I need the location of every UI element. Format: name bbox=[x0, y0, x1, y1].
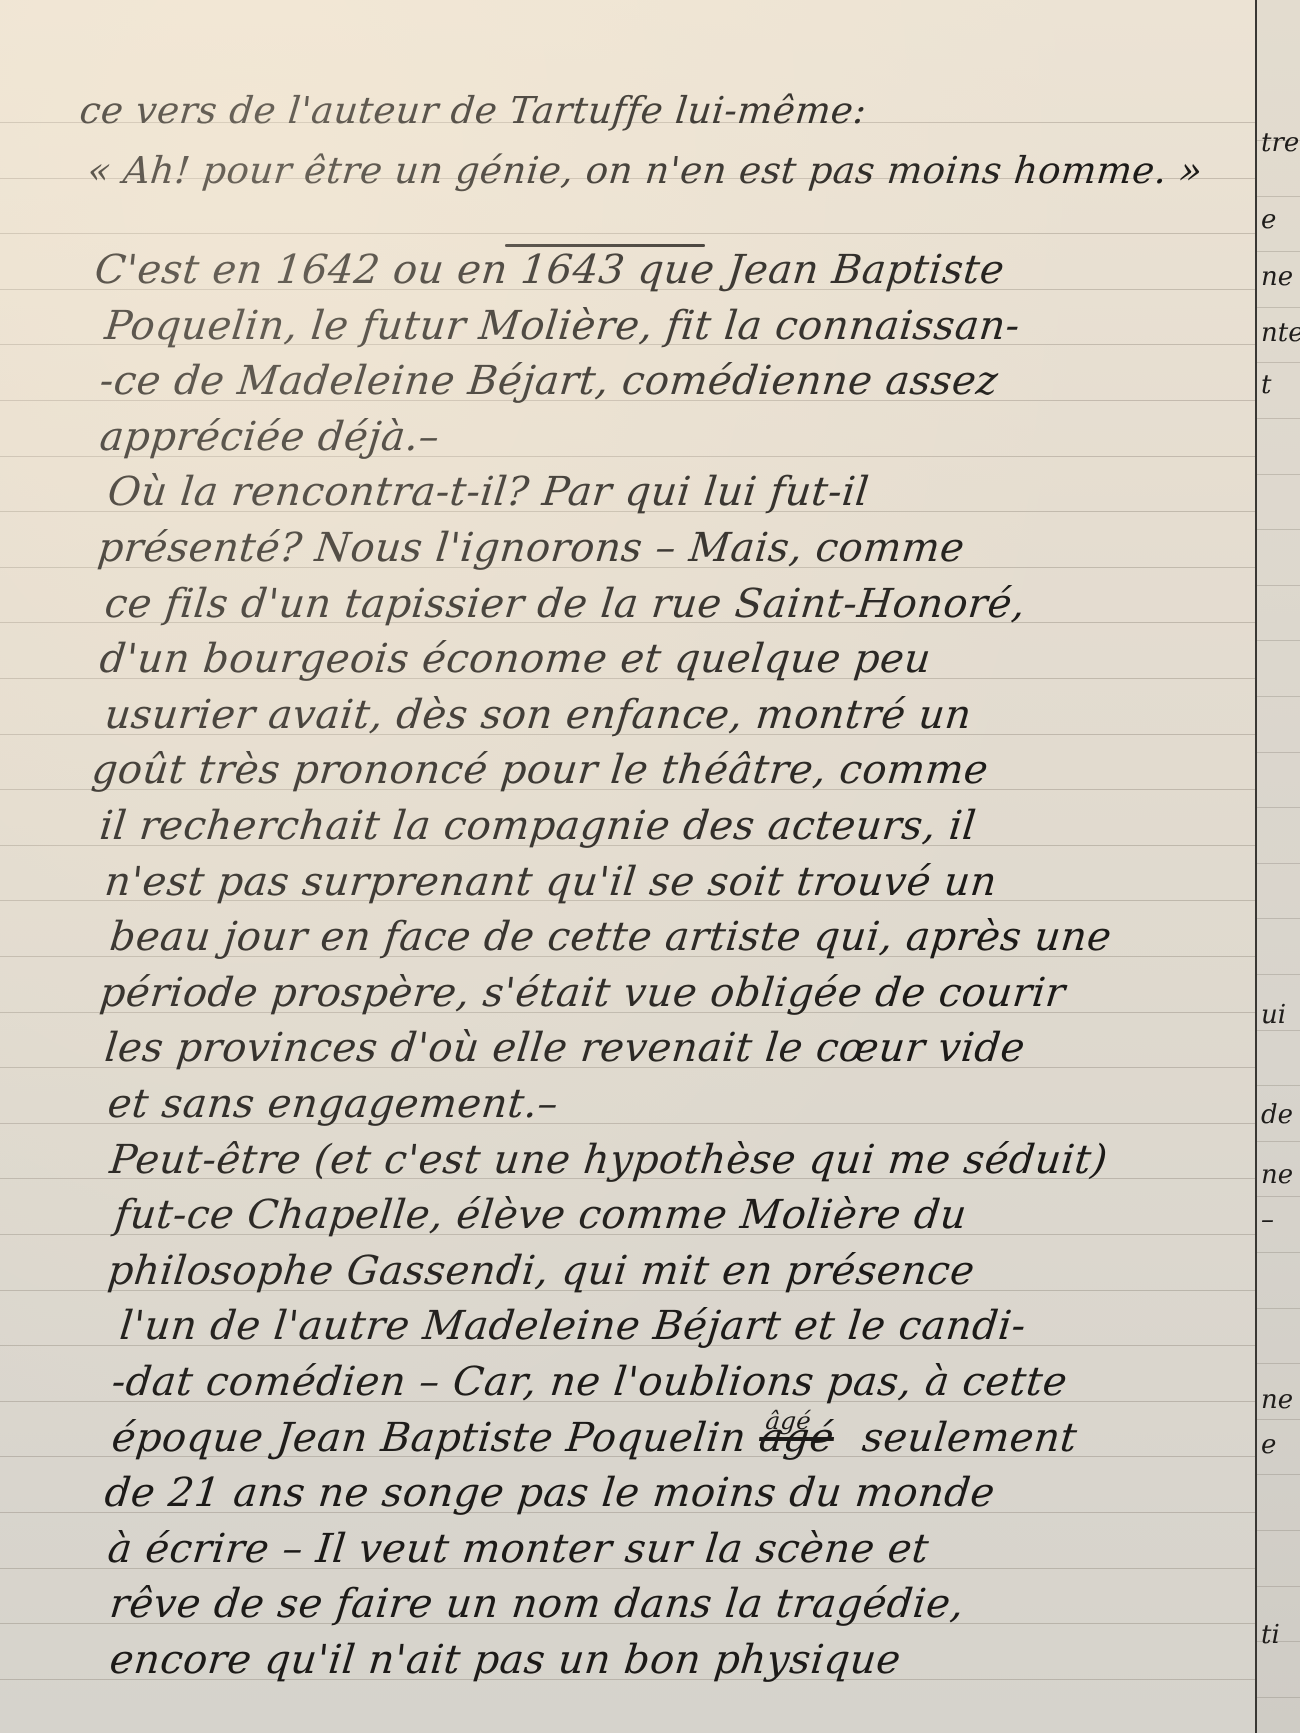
manuscript-line: -dat comédien – Car, ne l'oublions pas, … bbox=[110, 1362, 1069, 1402]
ruled-line bbox=[1257, 807, 1300, 808]
ruled-line bbox=[1257, 1363, 1300, 1364]
ruled-line bbox=[1257, 1030, 1300, 1031]
notebook-page: ce vers de l'auteur de Tartuffe lui-même… bbox=[0, 0, 1255, 1733]
ruled-line bbox=[1257, 1141, 1300, 1142]
manuscript-line: fut-ce Chapelle, élève comme Molière du bbox=[113, 1195, 969, 1235]
manuscript-line: à écrire – Il veut monter sur la scène e… bbox=[106, 1529, 931, 1569]
manuscript-line: de 21 ans ne songe pas le moins du monde bbox=[103, 1473, 997, 1513]
adjacent-fragment: ne bbox=[1261, 262, 1293, 292]
ruled-line bbox=[1257, 752, 1300, 753]
ruled-line bbox=[1257, 307, 1300, 308]
manuscript-line: usurier avait, dès son enfance, montré u… bbox=[103, 695, 974, 735]
ruled-line bbox=[1257, 362, 1300, 363]
ruled-line bbox=[1257, 474, 1300, 475]
ruled-line bbox=[1257, 640, 1300, 641]
ruled-line bbox=[1257, 974, 1300, 975]
manuscript-line: présenté? Nous l'ignorons – Mais, comme bbox=[96, 528, 967, 568]
adjacent-fragment: ne bbox=[1261, 1385, 1293, 1415]
adjacent-fragment: nte bbox=[1261, 318, 1300, 348]
ruled-line bbox=[1257, 1474, 1300, 1475]
quote-line: « Ah! pour être un génie, on n'en est pa… bbox=[86, 152, 1204, 189]
manuscript-line: l'un de l'autre Madeleine Béjart et le c… bbox=[118, 1306, 1028, 1346]
ruled-line bbox=[1257, 1196, 1300, 1197]
manuscript-line: -ce de Madeleine Béjart, comédienne asse… bbox=[98, 361, 1000, 401]
adjacent-fragment: t bbox=[1261, 370, 1271, 400]
adjacent-fragment: de bbox=[1261, 1100, 1293, 1130]
ruled-line bbox=[1257, 529, 1300, 530]
ruled-line bbox=[1257, 1308, 1300, 1309]
adjacent-fragment: ne bbox=[1261, 1160, 1293, 1190]
manuscript-line: Peut-être (et c'est une hypothèse qui me… bbox=[108, 1140, 1110, 1180]
adjacent-fragment: ti bbox=[1261, 1620, 1280, 1650]
manuscript-line: C'est en 1642 ou en 1643 que Jean Baptis… bbox=[93, 250, 1006, 290]
ruled-line bbox=[1257, 1697, 1300, 1698]
manuscript-line: ce fils d'un tapissier de la rue Saint-H… bbox=[103, 584, 1027, 624]
ruled-line bbox=[1257, 1419, 1300, 1420]
adjacent-fragment: – bbox=[1261, 1205, 1274, 1235]
manuscript-line: n'est pas surprenant qu'il se soit trouv… bbox=[103, 862, 999, 902]
adjacent-fragment: e bbox=[1261, 205, 1276, 235]
manuscript-line: Poquelin, le futur Molière, fit la conna… bbox=[103, 306, 1022, 346]
adjacent-fragment: ui bbox=[1261, 1000, 1286, 1030]
ruled-line bbox=[1257, 418, 1300, 419]
manuscript-line: et sans engagement.– bbox=[106, 1084, 560, 1124]
inserted-correction: âgé bbox=[764, 1407, 812, 1435]
ruled-line bbox=[1257, 1586, 1300, 1587]
ruled-line bbox=[1257, 1530, 1300, 1531]
ruled-line bbox=[0, 233, 1255, 234]
ruled-line bbox=[1257, 918, 1300, 919]
manuscript-line: philosophe Gassendi, qui mit en présence bbox=[106, 1251, 977, 1291]
adjacent-page-edge: treenentetuidene–neeti bbox=[1255, 0, 1300, 1733]
ruled-line bbox=[1257, 1252, 1300, 1253]
ruled-line bbox=[1257, 251, 1300, 252]
ruled-line bbox=[1257, 696, 1300, 697]
adjacent-fragment: tre bbox=[1261, 128, 1299, 158]
manuscript-line: appréciée déjà.– bbox=[98, 417, 442, 457]
manuscript-line: beau jour en face de cette artiste qui, … bbox=[108, 917, 1114, 957]
manuscript-line: d'un bourgeois économe et quelque peu bbox=[98, 639, 933, 679]
manuscript-line: encore qu'il n'ait pas un bon physique bbox=[108, 1640, 903, 1680]
manuscript-line: les provinces d'où elle revenait le cœur… bbox=[103, 1028, 1027, 1068]
manuscript-line: il recherchait la compagnie des acteurs,… bbox=[98, 806, 978, 846]
ruled-line bbox=[1257, 585, 1300, 586]
quote-intro: ce vers de l'auteur de Tartuffe lui-même… bbox=[78, 92, 868, 129]
manuscript-line: période prospère, s'était vue obligée de… bbox=[98, 973, 1067, 1013]
manuscript-line: rêve de se faire un nom dans la tragédie… bbox=[108, 1584, 966, 1624]
ruled-line bbox=[1257, 863, 1300, 864]
manuscript-line: Où la rencontra-t-il? Par qui lui fut-il bbox=[106, 472, 871, 512]
manuscript-line: époque Jean Baptiste Poquelin agéâgé seu… bbox=[110, 1418, 1079, 1458]
manuscript-line: goût très prononcé pour le théâtre, comm… bbox=[90, 750, 990, 790]
ruled-line bbox=[1257, 196, 1300, 197]
adjacent-fragment: e bbox=[1261, 1430, 1276, 1460]
ruled-line bbox=[1257, 1085, 1300, 1086]
